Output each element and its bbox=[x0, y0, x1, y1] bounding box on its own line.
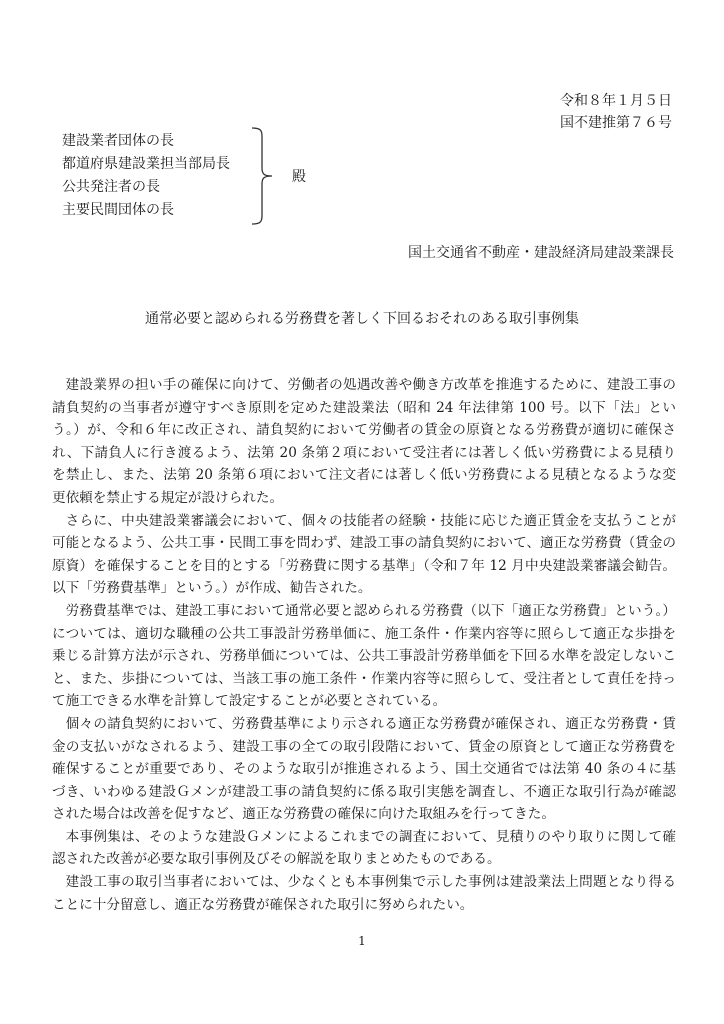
recipient-list: 建設業者団体の長 都道府県建設業担当部局長 公共発注者の長 主要民間団体の長 bbox=[62, 130, 230, 222]
paragraph: 建設工事の取引当事者においては、少なくとも本事例集で示した事例は建設業法上問題と… bbox=[52, 871, 676, 916]
sender: 国土交通省不動産・建設経済局建設業課長 bbox=[408, 242, 674, 262]
paragraph: 本事例集は、そのような建設Ｇメンによるこれまでの調査において、見積りのやり取りに… bbox=[52, 826, 676, 871]
paragraph: 建設業界の担い手の確保に向けて、労働者の処遇改善や働き方改革を推進するために、建… bbox=[52, 374, 676, 510]
document-number: 国不建推第７６号 bbox=[560, 112, 672, 134]
honorific: 殿 bbox=[292, 166, 306, 186]
recipient-item: 建設業者団体の長 bbox=[62, 130, 230, 153]
recipient-item: 公共発注者の長 bbox=[62, 176, 230, 199]
curly-brace-icon bbox=[250, 126, 280, 226]
page-number: 1 bbox=[0, 934, 724, 948]
date-block: 令和８年１月５日 国不建推第７６号 bbox=[560, 90, 672, 134]
paragraph: さらに、中央建設業審議会において、個々の技能者の経験・技能に応じた適正賃金を支払… bbox=[52, 510, 676, 600]
document-body: 建設業界の担い手の確保に向けて、労働者の処遇改善や働き方改革を推進するために、建… bbox=[52, 374, 676, 916]
recipient-item: 都道府県建設業担当部局長 bbox=[62, 153, 230, 176]
document-title: 通常必要と認められる労務費を著しく下回るおそれのある取引事例集 bbox=[0, 308, 724, 328]
recipient-item: 主要民間団体の長 bbox=[62, 199, 230, 222]
paragraph: 個々の請負契約において、労務費基準により示される適正な労務費が確保され、適正な労… bbox=[52, 713, 676, 826]
document-date: 令和８年１月５日 bbox=[560, 90, 672, 112]
paragraph: 労務費基準では、建設工事において通常必要と認められる労務費（以下「適正な労務費」… bbox=[52, 600, 676, 713]
